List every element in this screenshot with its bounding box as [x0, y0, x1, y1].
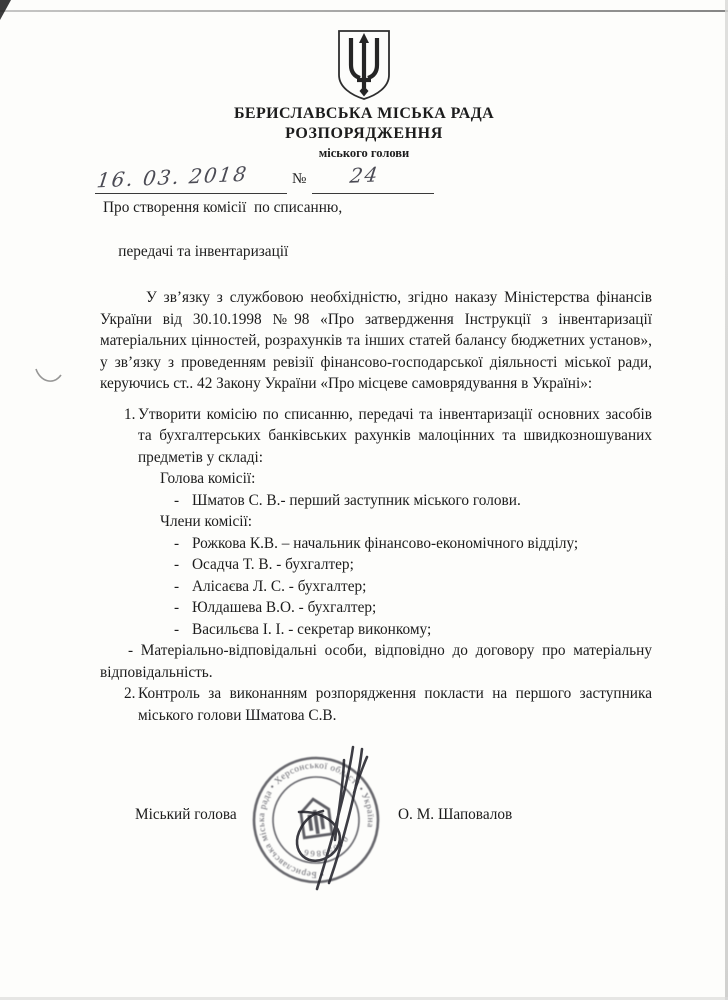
scan-corner-mark — [0, 0, 11, 20]
material-responsibility-note: - Матеріально-відповідальні особи, відпо… — [100, 640, 652, 683]
dash-bullet: - — [174, 619, 179, 641]
handwritten-number: 24 — [348, 162, 381, 187]
stray-pen-mark — [36, 369, 61, 381]
document-type-title: РОЗПОРЯДЖЕННЯ — [0, 125, 728, 143]
ordered-item-1: 1. Утворити комісію по списанню, передач… — [100, 404, 652, 469]
member-row: - Рожкова К.В. – начальник фінансово-еко… — [100, 533, 652, 555]
document-body: У зв’язку з службовою необхідністю, згід… — [100, 287, 652, 726]
member-row: - Алісаєва Л. С. - бухгалтер; — [100, 576, 652, 598]
dash-bullet: - — [174, 597, 179, 619]
member-row: - Юлдашева В.О. - бухгалтер; — [100, 597, 652, 619]
signer-title: Міський голова — [135, 806, 237, 824]
commission-head-row: - Шматов С. В.- перший заступник міськог… — [100, 490, 652, 512]
ordered-item-2: 2. Контроль за виконанням розпорядження … — [100, 683, 652, 726]
member-name: Осадча Т. В. - бухгалтер; — [192, 556, 354, 573]
date-number-row: 16. 03. 2018 № 24 — [95, 165, 455, 195]
document-subtype: міського голови — [0, 146, 728, 161]
member-name: Рожкова К.В. – начальник фінансово-еконо… — [192, 535, 578, 552]
intro-paragraph: У зв’язку з службовою необхідністю, згід… — [100, 287, 652, 395]
commission-head-name: Шматов С. В.- перший заступник міського … — [192, 492, 521, 509]
member-name: Алісаєва Л. С. - бухгалтер; — [192, 578, 366, 595]
subject-line-2: передачі та інвентаризації — [118, 243, 288, 260]
item-1-number: 1. — [124, 404, 135, 426]
commission-head-label: Голова комісії: — [100, 468, 652, 490]
item-2-number: 2. — [124, 683, 135, 705]
signer-name: О. М. Шаповалов — [398, 806, 512, 824]
member-name: Юлдашева В.О. - бухгалтер; — [192, 599, 376, 616]
subject-line-1: Про створення комісії по списанню, — [103, 199, 342, 216]
item-1-text: Утворити комісію по списанню, передачі т… — [138, 406, 652, 466]
commission-members-label: Члени комісії: — [100, 511, 652, 533]
coat-of-arms — [0, 28, 728, 102]
member-row: - Осадча Т. В. - бухгалтер; — [100, 554, 652, 576]
organization-name: БЕРИСЛАВСЬКА МІСЬКА РАДА — [0, 105, 728, 123]
scan-edge-line — [0, 10, 728, 12]
dash-bullet: - — [174, 533, 179, 555]
dash-bullet: - — [174, 576, 179, 598]
document-subject: Про створення комісії по списанню, перед… — [103, 197, 342, 285]
member-name: Васильєва І. І. - секретар виконкому; — [192, 621, 431, 638]
stamp-center-shield-icon — [299, 797, 332, 838]
number-sign: № — [292, 171, 306, 188]
round-stamp: • Бериславська міська рада • Херсонської… — [241, 745, 391, 895]
trident-shield-icon — [333, 28, 395, 102]
dash-bullet: - — [174, 490, 179, 512]
dash-bullet: - — [174, 554, 179, 576]
item-2-text: Контроль за виконанням розпорядження пок… — [138, 685, 652, 724]
scanned-document-page: БЕРИСЛАВСЬКА МІСЬКА РАДА РОЗПОРЯДЖЕННЯ м… — [0, 0, 728, 1000]
member-row: - Васильєва І. І. - секретар виконкому; — [100, 619, 652, 641]
